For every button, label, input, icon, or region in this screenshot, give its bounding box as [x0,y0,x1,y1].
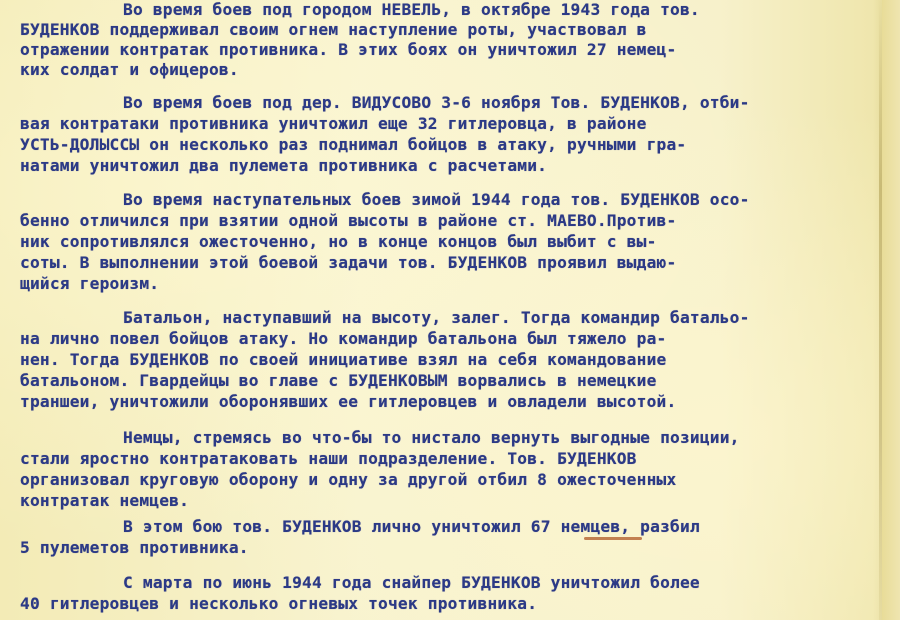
text-line: Батальон, наступавший на высоту, залег. … [123,308,750,328]
text-line: организовал круговую оборону и одну за д… [20,470,676,490]
text-line: нен. Тогда БУДЕНКОВ по своей инициативе … [20,350,666,370]
text-line: УСТЬ-ДОЛЫССЫ он несколько раз поднимал б… [20,135,686,155]
text-line: бенно отличился при взятии одной высоты … [20,211,676,231]
text-line: натами уничтожил два пулемета противника… [20,156,547,176]
text-line: на лично повел бойцов атаку. Но командир… [20,329,666,349]
text-line: соты. В выполнении этой боевой задачи то… [20,253,676,273]
pencil-underline-mark [584,537,642,540]
text-line: вая контратаки противника уничтожил еще … [20,114,647,134]
text-line: ких солдат и офицеров. [20,60,239,80]
text-line: ник сопротивлялся ожесточенно, но в конц… [20,232,657,252]
text-line: щийся героизм. [20,274,159,294]
text-line: 5 пулеметов противника. [20,538,249,558]
text-line: Во время боев под дер. ВИДУСОВО 3-6 нояб… [123,93,750,113]
text-line: контратак немцев. [20,491,189,511]
text-line: В этом бою тов. БУДЕНКОВ лично уничтожил… [123,517,700,537]
text-line: батальоном. Гвардейцы во главе с БУДЕНКО… [20,371,657,391]
paper-fold-line [879,0,882,620]
text-line: БУДЕНКОВ поддерживал своим огнем наступл… [20,20,647,40]
text-line: Во время наступательных боев зимой 1944 … [123,190,750,210]
text-line: траншеи, уничтожили оборонявших ее гитле… [20,392,676,412]
text-line: С марта по июнь 1944 года снайпер БУДЕНК… [123,573,700,593]
text-line: Во время боев под городом НЕВЕЛЬ, в октя… [123,0,700,20]
text-line: Немцы, стремясь во что-бы то нистало вер… [123,428,740,448]
paper-edge [882,0,900,620]
text-line: 40 гитлеровцев и несколько огневых точек… [20,594,537,614]
text-line: стали яростно контратаковать наши подраз… [20,449,637,469]
text-line: отражении контратак противника. В этих б… [20,40,676,60]
